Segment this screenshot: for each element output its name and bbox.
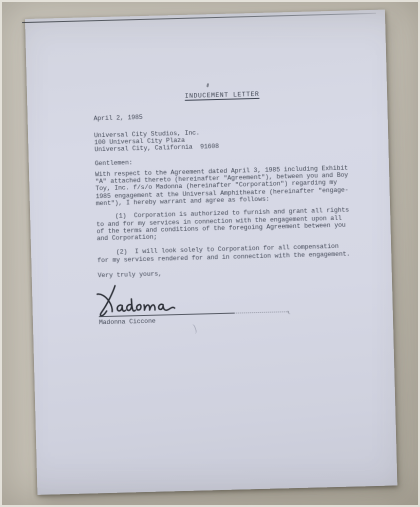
handwritten-signature-madonna (93, 280, 190, 324)
signature-line-extension (236, 312, 289, 314)
paragraph-clause-1: (1) Corporation is authorized to furnish… (96, 207, 355, 243)
photo-faint-mark (188, 324, 198, 336)
signature-area (98, 276, 299, 317)
recipient-address: Universal City Studios, Inc. 100 Univers… (94, 125, 352, 154)
paper-top-shadow-line (22, 13, 376, 24)
photo-speck (206, 83, 209, 87)
photo-backdrop: INDUCEMENT LETTER April 2, 1985 Universa… (0, 0, 420, 507)
paragraph-intro: With respect to the Agreement dated Apri… (95, 164, 354, 207)
letter-date: April 2, 1985 (94, 109, 352, 123)
letter-title: INDUCEMENT LETTER (93, 88, 351, 102)
letter-body: INDUCEMENT LETTER April 2, 1985 Universa… (93, 88, 357, 326)
paragraph-clause-2: (2) I will look solely to Corporation fo… (97, 243, 355, 264)
photo-of-letter: INDUCEMENT LETTER April 2, 1985 Universa… (0, 0, 420, 507)
letter-paper: INDUCEMENT LETTER April 2, 1985 Universa… (25, 10, 397, 495)
